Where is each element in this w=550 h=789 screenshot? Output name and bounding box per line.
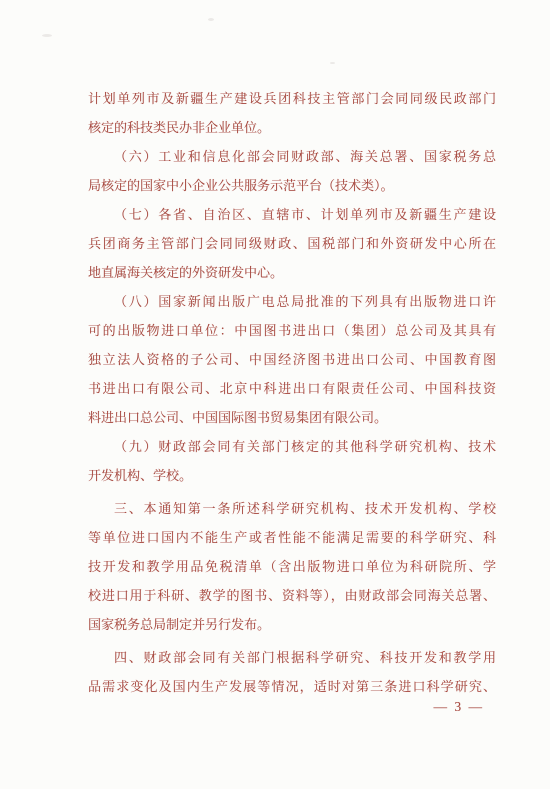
scan-smudge [208, 18, 214, 21]
document-page: 计划单列市及新疆生产建设兵团科技主管部门会同同级民政部门核定的科技类民办非企业单… [0, 0, 550, 789]
text-line: 核定的科技类民办非企业单位。 [88, 113, 496, 142]
text-line: 局核定的国家中小企业公共服务示范平台（技术类）。 [88, 171, 496, 200]
text-line: （九）财政部会同有关部门核定的其他科学研究机构、技术 [88, 432, 496, 461]
text-line: 地直属海关核定的外资研发中心。 [88, 258, 496, 287]
scan-smudge [330, 62, 335, 64]
text-line: 品需求变化及国内生产发展等情况，适时对第三条进口科学研究、 [88, 672, 496, 701]
document-text-block: 计划单列市及新疆生产建设兵团科技主管部门会同同级民政部门核定的科技类民办非企业单… [88, 84, 496, 701]
page-number: — 3 — [434, 699, 485, 715]
text-line: 独立法人资格的子公司、中国经济图书进出口公司、中国教育图 [88, 345, 496, 374]
text-line: （六）工业和信息化部会同财政部、海关总署、国家税务总 [88, 142, 496, 171]
text-line: 可的出版物进口单位：中国图书进出口（集团）总公司及其具有 [88, 316, 496, 345]
text-line: 四、财政部会同有关部门根据科学研究、科技开发和教学用 [88, 643, 496, 672]
text-line: 书进出口有限公司、北京中科进出口有限责任公司、中国科技资 [88, 374, 496, 403]
text-line: 技开发和教学用品免税清单（含出版物进口单位为科研院所、学 [88, 552, 496, 581]
text-line: （七）各省、自治区、直辖市、计划单列市及新疆生产建设 [88, 200, 496, 229]
text-line: 开发机构、学校。 [88, 461, 496, 490]
text-line: 三、本通知第一条所述科学研究机构、技术开发机构、学校 [88, 494, 496, 523]
text-line: 国家税务总局制定并另行发布。 [88, 610, 496, 639]
text-line: 兵团商务主管部门会同同级财政、国税部门和外资研发中心所在 [88, 229, 496, 258]
text-line: 等单位进口国内不能生产或者性能不能满足需要的科学研究、科 [88, 523, 496, 552]
text-line: 计划单列市及新疆生产建设兵团科技主管部门会同同级民政部门 [88, 84, 496, 113]
text-line: 料进出口总公司、中国国际图书贸易集团有限公司。 [88, 403, 496, 432]
text-line: （八）国家新闻出版广电总局批准的下列具有出版物进口许 [88, 287, 496, 316]
text-line: 校进口用于科研、教学的图书、资料等），由财政部会同海关总署、 [88, 581, 496, 610]
scan-smudge [42, 34, 52, 37]
